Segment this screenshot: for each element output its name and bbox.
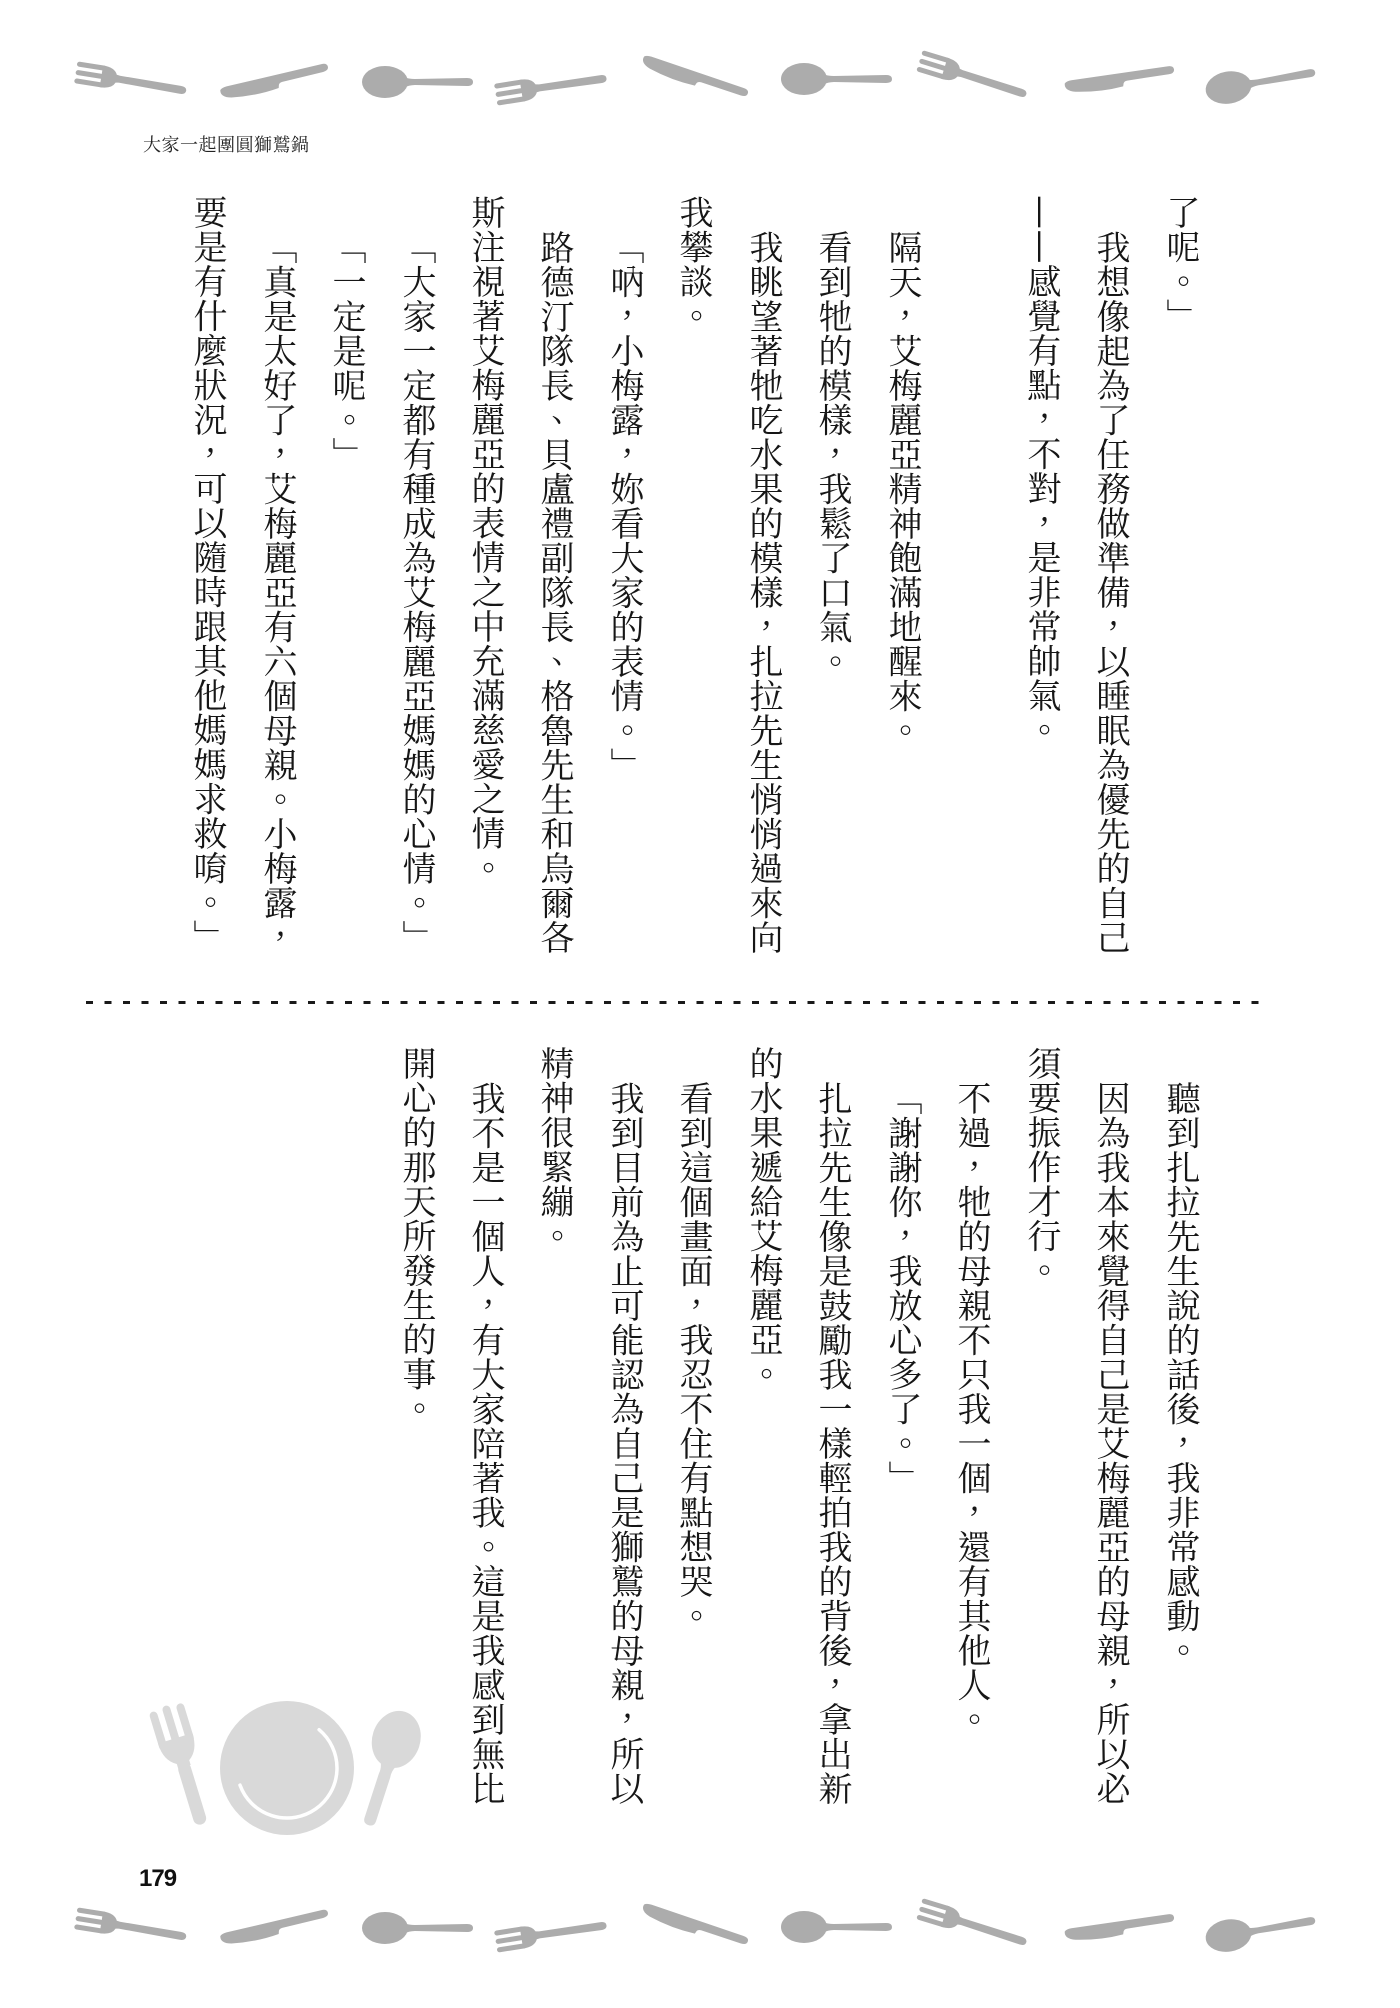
text-column: ——感覺有點，不對，是非常帥氣。	[1021, 195, 1061, 970]
text-column: 看到這個畫面，我忍不住有點想哭。	[673, 1046, 713, 1856]
blank-column	[951, 195, 991, 970]
fork-icon	[916, 1898, 1030, 1952]
text-column: 開心的那天所發生的事。	[396, 1046, 436, 1821]
table-setting-illustration	[148, 1701, 428, 1835]
knife-icon	[1064, 62, 1175, 96]
spoon-icon	[781, 63, 892, 95]
text-column: 「真是太好了，艾梅麗亞有六個母親。小梅露，	[257, 195, 297, 1005]
spoon-icon	[1203, 57, 1318, 108]
knife-icon	[640, 54, 750, 101]
text-column: 不過，牠的母親不只我一個，還有其他人。	[951, 1046, 991, 1856]
plate-icon	[220, 1701, 354, 1835]
spoon-icon	[781, 1911, 892, 1943]
knife-icon	[219, 60, 330, 104]
fork-icon	[74, 1907, 188, 1946]
top-border-utensils	[74, 50, 1318, 107]
fork-icon	[916, 50, 1030, 104]
text-column: 的水果遞給艾梅麗亞。	[743, 1046, 783, 1821]
text-column: 斯注視著艾梅麗亞的表情之中充滿慈愛之情。	[465, 195, 505, 970]
text-column: 看到牠的模樣，我鬆了口氣。	[812, 195, 852, 1005]
page-number: 179	[139, 1866, 176, 1892]
bottom-border-utensils	[74, 1898, 1318, 1955]
text-column: 「一定是呢。」	[326, 195, 366, 1005]
fork-icon	[494, 1913, 608, 1952]
spoon-icon	[362, 1912, 473, 1944]
text-column: 我攀談。	[673, 195, 713, 970]
text-column: 了呢。」	[1160, 195, 1200, 970]
spoon-icon	[1203, 1905, 1318, 1956]
text-column: 「吶，小梅露，妳看大家的表情。」	[604, 195, 644, 1005]
fork-icon	[494, 66, 608, 105]
text-column: 「謝謝你，我放心多了。」	[882, 1046, 922, 1856]
text-column: 我眺望著牠吃水果的模樣，扎拉先生悄悄過來向	[743, 195, 783, 1005]
text-column: 我到目前為止可能認為自己是獅鷲的母親，所以	[604, 1046, 644, 1856]
text-column: 扎拉先生像是鼓勵我一樣輕拍我的背後，拿出新	[812, 1046, 852, 1856]
spoon-icon	[362, 66, 473, 98]
text-column: 隔天，艾梅麗亞精神飽滿地醒來。	[882, 195, 922, 1005]
fork-icon	[74, 61, 188, 100]
text-column: 精神很緊繃。	[534, 1046, 574, 1821]
text-column: 路德汀隊長、貝盧禮副隊長、格魯先生和烏爾各	[534, 195, 574, 1005]
knife-icon	[1064, 1910, 1175, 1944]
text-column: 要是有什麼狀況，可以隨時跟其他媽媽求救唷。」	[187, 195, 227, 970]
text-column: 「大家一定都有種成為艾梅麗亞媽媽的心情。」	[396, 195, 436, 1005]
section-divider	[86, 1001, 1268, 1004]
text-column: 因為我本來覺得自己是艾梅麗亞的母親，所以必	[1090, 1046, 1130, 1856]
fork-icon	[148, 1701, 219, 1830]
text-column: 我不是一個人，有大家陪著我。這是我感到無比	[465, 1046, 505, 1856]
knife-icon	[640, 1902, 750, 1949]
text-column: 聽到扎拉先生說的話後，我非常感動。	[1160, 1046, 1200, 1856]
text-column: 須要振作才行。	[1021, 1046, 1061, 1821]
knife-icon	[219, 1906, 330, 1950]
running-title: 大家一起團圓獅鷲鍋	[143, 135, 310, 157]
text-column: 我想像起為了任務做準備，以睡眠為優先的自己	[1090, 195, 1130, 1005]
